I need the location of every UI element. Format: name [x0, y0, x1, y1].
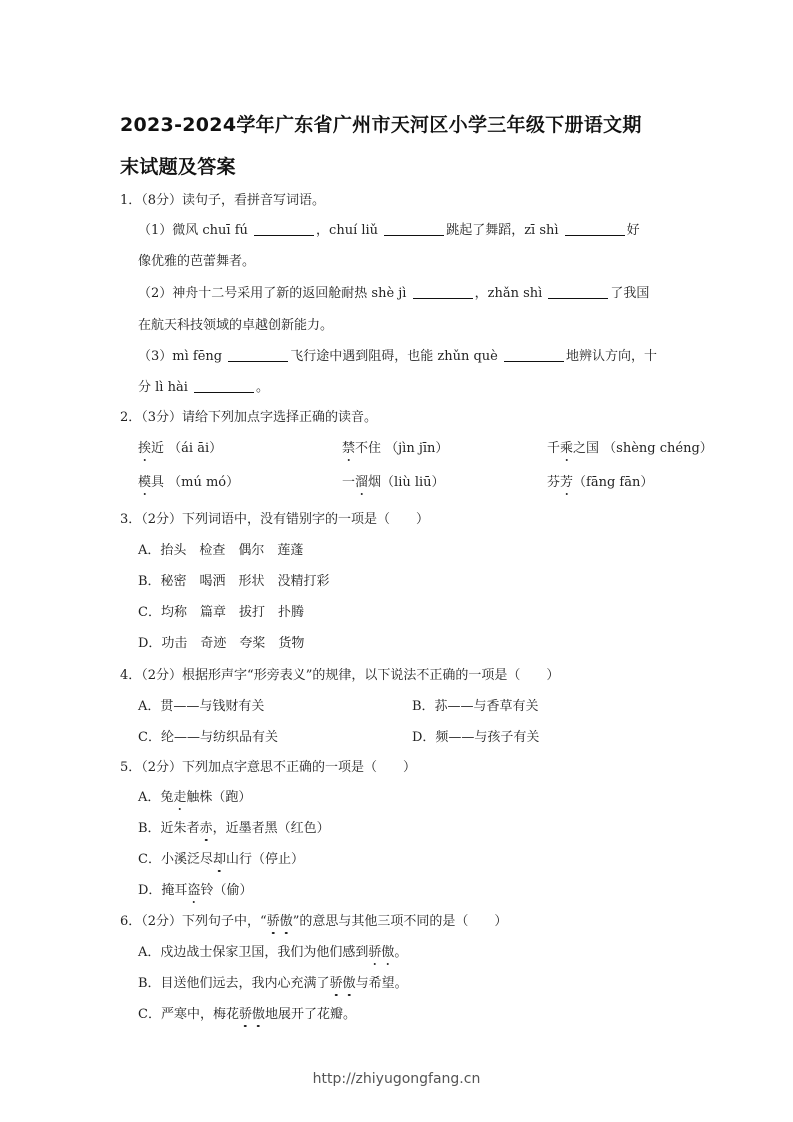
q2-item: 芬芳（fāng fān）	[547, 471, 653, 490]
q5-option-d[interactable]: D．掩耳盗铃（偷）	[138, 879, 252, 898]
dotted-char: 挨	[138, 437, 151, 456]
q3-option-a[interactable]: A．抬头 检查 偶尔 莲蓬	[138, 539, 303, 558]
q6-option-b[interactable]: B．目送他们远去，我内心充满了骄傲与希望。	[138, 972, 408, 991]
q1-sentence-3: （3）mì fēng 飞行途中遇到阻碍，也能 zhǔn què 地辨认方向，十	[138, 345, 657, 364]
q1-s2-text-b: ，zhǎn shì	[475, 286, 547, 301]
dotted-char: 骄	[368, 941, 381, 960]
answer-blank[interactable]	[565, 223, 625, 236]
q1-s2-text-a: （2）神舟十二号采用了新的返回舱耐热 shè jì	[138, 286, 411, 301]
q6-option-c[interactable]: C．严寒中，梅花骄傲地展开了花瓣。	[138, 1003, 356, 1022]
q2-item: 模具 （mú mó）	[138, 471, 239, 490]
answer-blank[interactable]	[413, 286, 473, 299]
q5-option-c[interactable]: C．小溪泛尽却山行（停止）	[138, 848, 304, 867]
dotted-char: 骄	[239, 1003, 252, 1022]
q1-s3-text-a: （3）mì fēng	[138, 349, 226, 364]
document-page: 2023-2024学年广东省广州市天河区小学三年级下册语文期 末试题及答案 1．…	[0, 0, 793, 1122]
answer-blank[interactable]	[504, 349, 564, 362]
q1-s2-text-c: 了我国	[610, 286, 649, 301]
q1-s1-text-b: ，chuí liǔ	[316, 223, 382, 238]
q4-option-a[interactable]: A．贯——与钱财有关	[138, 695, 264, 714]
title-line-1: 2023-2024学年广东省广州市天河区小学三年级下册语文期	[120, 104, 680, 146]
title-line-2: 末试题及答案	[120, 146, 680, 188]
q2-stem: 2．（3分）请给下列加点字选择正确的读音。	[120, 406, 377, 425]
q2-item: 千乘之国 （shèng chéng）	[547, 437, 713, 456]
q2-item: 一溜烟（liù liū）	[342, 471, 445, 490]
dotted-char: 芳	[560, 471, 573, 490]
answer-blank[interactable]	[254, 223, 314, 236]
q1-s3-continuation: 分 lì hài 。	[138, 376, 269, 395]
q5-option-b[interactable]: B．近朱者赤，近墨者黑（红色）	[138, 817, 330, 836]
q2-item: 挨近 （ái āi）	[138, 437, 222, 456]
footer-url[interactable]: http://zhiyugongfang.cn	[0, 1071, 793, 1087]
dotted-char: 走	[173, 786, 186, 805]
dotted-char: 骄	[267, 910, 280, 929]
q6-option-a[interactable]: A．戍边战士保家卫国，我们为他们感到骄傲。	[138, 941, 407, 960]
q5-option-a[interactable]: A．兔走触株（跑）	[138, 786, 251, 805]
dotted-char: 盗	[187, 879, 200, 898]
answer-blank[interactable]	[548, 286, 608, 299]
q4-option-c[interactable]: C．纶——与纺织品有关	[138, 726, 278, 745]
q1-s1-text-c: 跳起了舞蹈，zī shì	[446, 223, 562, 238]
answer-blank[interactable]	[384, 223, 444, 236]
q1-stem: 1．（8分）读句子，看拼音写词语。	[120, 189, 325, 208]
q4-option-b[interactable]: B．荪——与香草有关	[412, 695, 539, 714]
q1-s3-text-d: 分 lì hài	[138, 380, 192, 395]
q6-stem: 6．（2分）下列句子中，“骄傲”的意思与其他三项不同的是（ ）	[120, 910, 507, 929]
dotted-char: 禁	[342, 437, 355, 456]
q3-stem: 3．（2分）下列词语中，没有错别字的一项是（ ）	[120, 508, 429, 527]
q4-stem: 4．（2分）根据形声字“形旁表义”的规律，以下说法不正确的一项是（ ）	[120, 664, 559, 683]
dotted-char: 却	[213, 848, 226, 867]
q1-s3-text-b: 飞行途中遇到阻碍，也能 zhǔn què	[290, 349, 502, 364]
q5-stem: 5．（2分）下列加点字意思不正确的一项是（ ）	[120, 756, 416, 775]
dotted-char: 傲	[343, 972, 356, 991]
q1-sentence-2: （2）神舟十二号采用了新的返回舱耐热 shè jì ，zhǎn shì 了我国	[138, 282, 649, 301]
q1-sentence-1: （1）微风 chuī fú ，chuí liǔ 跳起了舞蹈，zī shì 好	[138, 219, 640, 238]
q3-option-b[interactable]: B．秘密 喝洒 形状 没精打彩	[138, 570, 330, 589]
q1-s3-text-c: 地辨认方向，十	[566, 349, 657, 364]
dotted-char: 傲	[280, 910, 293, 929]
q1-s1-text-d: 好	[627, 223, 640, 238]
q1-s3-text-e: 。	[256, 380, 269, 395]
dotted-char: 赤	[200, 817, 213, 836]
q3-option-c[interactable]: C．均称 篇章 拔打 扑腾	[138, 601, 304, 620]
answer-blank[interactable]	[194, 380, 254, 393]
q1-s2-continuation: 在航天科技领域的卓越创新能力。	[138, 314, 333, 333]
q1-s1-continuation: 像优雅的芭蕾舞者。	[138, 250, 255, 269]
dotted-char: 傲	[252, 1003, 265, 1022]
dotted-char: 模	[138, 471, 151, 490]
dotted-char: 乘	[560, 437, 573, 456]
dotted-char: 傲	[381, 941, 394, 960]
dotted-char: 骄	[330, 972, 343, 991]
q2-item: 禁不住 （jìn jīn）	[342, 437, 448, 456]
answer-blank[interactable]	[228, 349, 288, 362]
dotted-char: 溜	[355, 471, 368, 490]
q3-option-d[interactable]: D．功击 奇迹 夸桨 货物	[138, 632, 304, 651]
q1-s1-text-a: （1）微风 chuī fú	[138, 223, 252, 238]
q4-option-d[interactable]: D．频——与孩子有关	[412, 726, 539, 745]
document-title: 2023-2024学年广东省广州市天河区小学三年级下册语文期 末试题及答案	[120, 104, 680, 188]
